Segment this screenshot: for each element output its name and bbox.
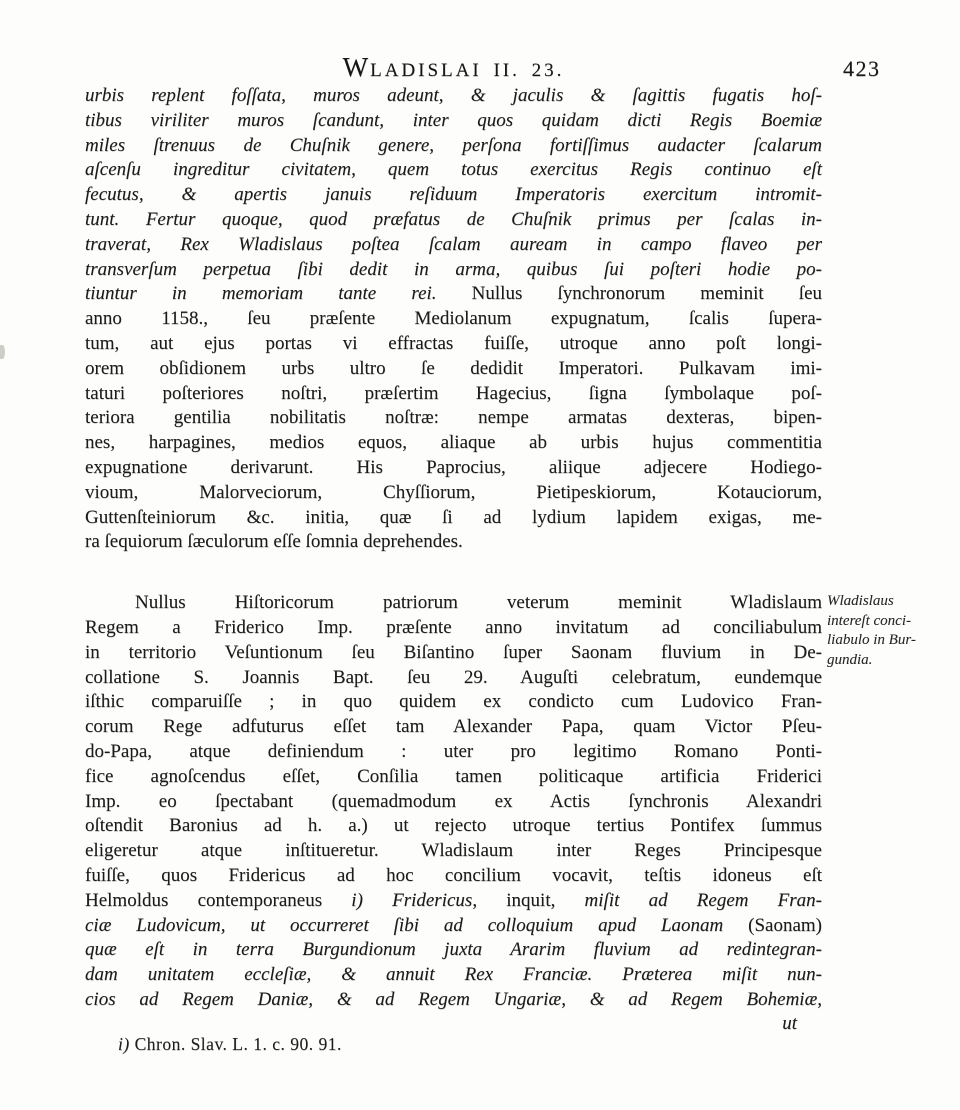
footnote-marker: i): [118, 1034, 130, 1054]
text-line: ra ſequiorum ſæculorum eſſe ſomnia depre…: [85, 530, 822, 555]
text-line: Imp. eo ſpectabant (quemadmodum ex Actis…: [85, 790, 822, 815]
text-segment: eligeretur atque inſtitueretur. Wladisla…: [85, 840, 822, 861]
text-line: orem obſidionem urbs ultro ſe dedidit Im…: [85, 357, 822, 382]
text-line: transverſum perpetua ſibi dedit in arma,…: [85, 258, 822, 283]
text-segment: tunt. Fertur quoque, quod præfatus de Ch…: [85, 209, 822, 230]
text-line: Regem a Friderico Imp. præſente anno inv…: [85, 616, 822, 641]
text-line: tibus viriliter muros ſcandunt, inter qu…: [85, 109, 822, 134]
text-segment: ciæ Ludovicum, ut occurreret ſibi ad col…: [85, 915, 748, 936]
text-segment: miſit ad Regem Fran-: [585, 890, 822, 911]
paragraph-continuation: urbis replent foſſata, muros adeunt, & j…: [85, 84, 822, 555]
text-segment: Guttenſteiniorum &c. initia, quæ ſi ad l…: [85, 507, 822, 528]
text-line: miles ſtrenuus de Chuſnik genere, perſon…: [85, 134, 822, 159]
text-segment: anno 1158., ſeu præſente Mediolanum expu…: [85, 308, 822, 329]
text-segment: in territorio Veſuntionum ſeu Biſantino …: [85, 642, 822, 663]
running-head: WLADISLAI II. 23.: [85, 52, 822, 84]
text-segment: tum, aut ejus portas vi effractas fuiſſe…: [85, 333, 822, 354]
text-segment: corum Rege adfuturus eſſet tam Alexander…: [85, 716, 822, 737]
text-segment: dam unitatem eccleſiæ, & annuit Rex Fran…: [85, 964, 822, 985]
text-segment: urbis replent foſſata, muros adeunt, & j…: [85, 85, 822, 106]
text-line: quæ eſt in terra Burgundionum juxta Arar…: [85, 938, 822, 963]
text-segment: transverſum perpetua ſibi dedit in arma,…: [85, 259, 822, 280]
text-segment: do-Papa, atque definiendum : uter pro le…: [85, 741, 822, 762]
text-segment: Helmoldus contemporaneus: [85, 890, 351, 911]
text-segment: taturi poſteriores noſtri, præſertim Hag…: [85, 383, 822, 404]
text-segment: Nullus ſynchronorum meminit ſeu: [437, 283, 822, 304]
text-line: collatione S. Joannis Bapt. ſeu 29. Augu…: [85, 666, 822, 691]
text-line: iſthic comparuiſſe ; in quo quidem ex co…: [85, 690, 822, 715]
text-segment: vioum, Malorveciorum, Chyſſiorum, Pietip…: [85, 482, 822, 503]
text-line: traverat, Rex Wladislaus poſtea ſcalam a…: [85, 233, 822, 258]
text-line: Guttenſteiniorum &c. initia, quæ ſi ad l…: [85, 506, 822, 531]
text-line: fice agnoſcendus eſſet, Conſilia tamen p…: [85, 765, 822, 790]
text-segment: cios ad Regem Daniæ, & ad Regem Ungariæ,…: [85, 989, 822, 1010]
text-line: ciæ Ludovicum, ut occurreret ſibi ad col…: [85, 914, 822, 939]
text-line: fecutus, & apertis januis reſiduum Imper…: [85, 183, 822, 208]
text-column: urbis replent foſſata, muros adeunt, & j…: [85, 84, 822, 1013]
text-segment: ra ſequiorum ſæculorum eſſe ſomnia depre…: [85, 531, 463, 552]
text-segment: fice agnoſcendus eſſet, Conſilia tamen p…: [85, 766, 822, 787]
text-line: tunt. Fertur quoque, quod præfatus de Ch…: [85, 208, 822, 233]
text-segment: Imp. eo ſpectabant (quemadmodum ex Actis…: [85, 791, 822, 812]
running-title: WLADISLAI II. 23.: [85, 52, 822, 83]
book-page-scan: WLADISLAI II. 23. 423 urbis replent foſſ…: [0, 0, 960, 1110]
text-segment: (Saonam): [748, 915, 822, 936]
text-line: oſtendit Baronius ad h. a.) ut rejecto u…: [85, 814, 822, 839]
scan-artifact: [0, 345, 5, 359]
text-line: fuiſſe, quos Fridericus ad hoc concilium…: [85, 864, 822, 889]
text-segment: miles ſtrenuus de Chuſnik genere, perſon…: [85, 135, 822, 156]
text-line: nes, harpagines, medios equos, aliaque a…: [85, 431, 822, 456]
text-line: vioum, Malorveciorum, Chyſſiorum, Pietip…: [85, 481, 822, 506]
margin-note-line: Wladislaus: [827, 592, 949, 612]
text-line: expugnatione derivarunt. His Paprocius, …: [85, 456, 822, 481]
text-segment: i) Fridericus: [351, 890, 472, 911]
text-line: cios ad Regem Daniæ, & ad Regem Ungariæ,…: [85, 988, 822, 1013]
text-line: Nullus Hiſtoricorum patriorum veterum me…: [85, 591, 822, 616]
text-line: teriora gentilia nobilitatis noſtræ: nem…: [85, 406, 822, 431]
margin-note-line: intereſt conci-: [827, 612, 949, 632]
text-segment: nes, harpagines, medios equos, aliaque a…: [85, 432, 822, 453]
text-segment: orem obſidionem urbs ultro ſe dedidit Im…: [85, 358, 822, 379]
text-segment: iſthic comparuiſſe ; in quo quidem ex co…: [85, 691, 822, 712]
footnote-text: Chron. Slav. L. 1. c. 90. 91.: [130, 1034, 342, 1054]
text-segment: collatione S. Joannis Bapt. ſeu 29. Augu…: [85, 667, 822, 688]
text-segment: fecutus, & apertis januis reſiduum Imper…: [85, 184, 822, 205]
text-segment: teriora gentilia nobilitatis noſtræ: nem…: [85, 407, 822, 428]
text-segment: , inquit,: [472, 890, 584, 911]
margin-note-line: gundia.: [827, 651, 949, 671]
text-segment: tiuntur in memoriam tante rei.: [85, 283, 437, 304]
text-segment: aſcenſu ingreditur civitatem, quem totus…: [85, 159, 822, 180]
margin-note: Wladislausintereſt conci-liabulo in Bur-…: [827, 592, 949, 670]
text-segment: oſtendit Baronius ad h. a.) ut rejecto u…: [85, 815, 822, 836]
text-line: tiuntur in memoriam tante rei. Nullus ſy…: [85, 282, 822, 307]
text-line: dam unitatem eccleſiæ, & annuit Rex Fran…: [85, 963, 822, 988]
text-line: do-Papa, atque definiendum : uter pro le…: [85, 740, 822, 765]
text-segment: Regem a Friderico Imp. præſente anno inv…: [85, 617, 822, 638]
text-line: in territorio Veſuntionum ſeu Biſantino …: [85, 641, 822, 666]
text-line: urbis replent foſſata, muros adeunt, & j…: [85, 84, 822, 109]
text-segment: tibus viriliter muros ſcandunt, inter qu…: [85, 110, 822, 131]
paragraph-conciliabulum: Nullus Hiſtoricorum patriorum veterum me…: [85, 591, 822, 1013]
text-line: corum Rege adfuturus eſſet tam Alexander…: [85, 715, 822, 740]
text-line: Helmoldus contemporaneus i) Fridericus, …: [85, 889, 822, 914]
text-line: aſcenſu ingreditur civitatem, quem totus…: [85, 158, 822, 183]
text-segment: quæ eſt in terra Burgundionum juxta Arar…: [85, 939, 822, 960]
text-segment: traverat, Rex Wladislaus poſtea ſcalam a…: [85, 234, 822, 255]
margin-note-line: liabulo in Bur-: [827, 631, 949, 651]
text-segment: fuiſſe, quos Fridericus ad hoc concilium…: [85, 865, 822, 886]
text-line: anno 1158., ſeu præſente Mediolanum expu…: [85, 307, 822, 332]
text-line: taturi poſteriores noſtri, præſertim Hag…: [85, 382, 822, 407]
text-segment: Nullus Hiſtoricorum patriorum veterum me…: [135, 592, 822, 613]
text-line: eligeretur atque inſtitueretur. Wladisla…: [85, 839, 822, 864]
text-line: tum, aut ejus portas vi effractas fuiſſe…: [85, 332, 822, 357]
footnote: i) Chron. Slav. L. 1. c. 90. 91.: [118, 1034, 342, 1055]
page-number: 423: [843, 56, 881, 82]
text-segment: expugnatione derivarunt. His Paprocius, …: [85, 457, 822, 478]
